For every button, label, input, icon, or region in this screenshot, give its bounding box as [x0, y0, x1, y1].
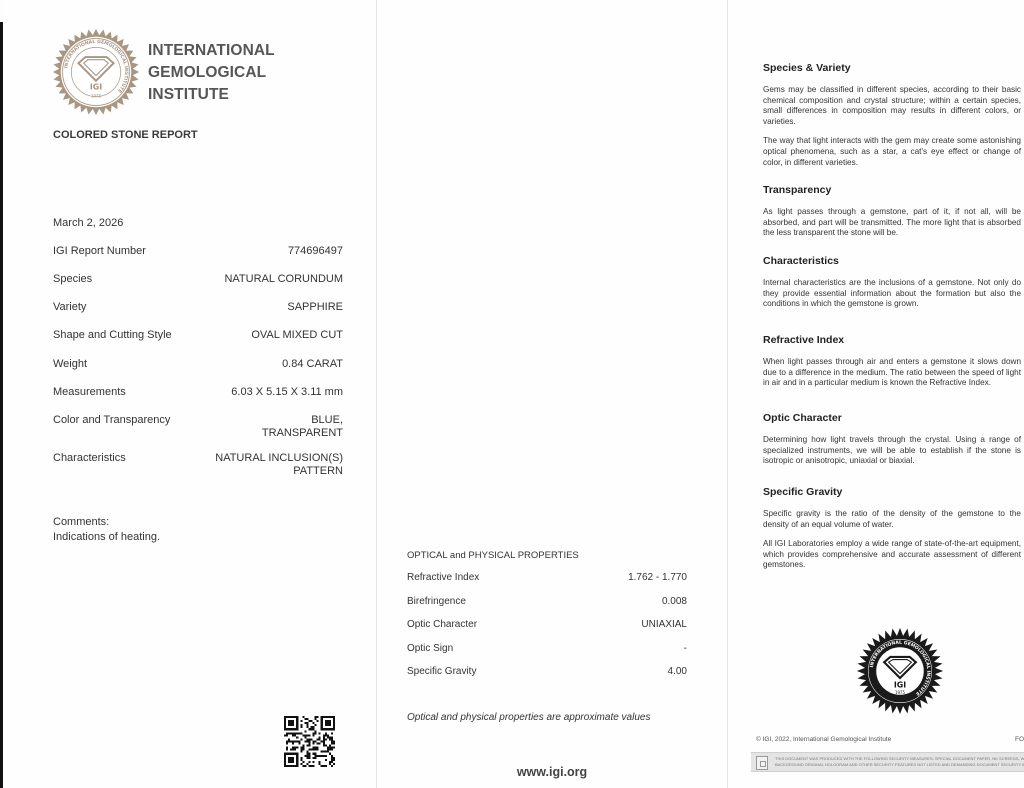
section-title: Specific Gravity — [763, 486, 1021, 498]
section-paragraph: Gems may be classified in different spec… — [763, 85, 1021, 127]
security-text-line: BACKGROUND ORIGINAL HOLOGRAM AND OTHER S… — [775, 762, 1024, 768]
security-text: THIS DOCUMENT WAS PRODUCED WITH THE FOLL… — [775, 756, 1024, 768]
property-label: Refractive Index — [407, 572, 479, 583]
comments-text: Indications of heating. — [53, 530, 160, 545]
field-value: 774696497 — [288, 245, 343, 258]
report-front-panel: IGI 1975 INTERNATIONAL GEMOLOGICAL INSTI… — [3, 0, 375, 788]
property-value: 4.00 — [668, 666, 687, 677]
svg-text:IGI: IGI — [894, 681, 906, 690]
property-value: 0.008 — [662, 596, 687, 607]
properties-note: Optical and physical properties are appr… — [407, 712, 650, 723]
section-paragraph: When light passes through air and enters… — [763, 357, 1021, 389]
org-name-line: GEMOLOGICAL — [148, 62, 275, 84]
property-label: Specific Gravity — [407, 666, 476, 677]
section-paragraph: Determining how light travels through th… — [763, 435, 1021, 467]
website-link[interactable]: www.igi.org — [377, 765, 727, 779]
copyright-right-text: FO — [1015, 736, 1024, 743]
igi-seal-black-icon: INTERNATIONAL GEMOLOGICAL INSTITUTE IGI … — [856, 627, 944, 715]
security-document-icon — [756, 756, 768, 770]
org-name-line: INTERNATIONAL — [148, 40, 275, 62]
property-label: Optic Character — [407, 619, 477, 630]
field-value: NATURAL INCLUSION(S) PATTERN — [215, 452, 343, 478]
section-paragraph: Internal characteristics are the inclusi… — [763, 278, 1021, 310]
svg-text:1975: 1975 — [895, 690, 906, 695]
section-paragraph: Specific gravity is the ratio of the den… — [763, 509, 1021, 530]
info-section: Species & VarietyGems may be classified … — [763, 62, 1021, 177]
info-section: Optic CharacterDetermining how light tra… — [763, 412, 1021, 476]
field-value: SAPPHIRE — [287, 301, 343, 314]
svg-text:1975: 1975 — [91, 94, 102, 99]
field-value: 6.03 X 5.15 X 3.11 mm — [231, 386, 343, 399]
property-value: - — [684, 643, 687, 654]
field-label: Characteristics — [53, 452, 126, 464]
field-label: IGI Report Number — [53, 245, 146, 257]
svg-text:IGI: IGI — [90, 83, 102, 92]
qr-code-icon[interactable] — [284, 716, 335, 767]
comments-block: Comments: Indications of heating. — [53, 515, 160, 545]
organization-name: INTERNATIONAL GEMOLOGICAL INSTITUTE — [148, 40, 275, 106]
org-name-line: INSTITUTE — [148, 84, 275, 106]
field-label: Color and Transparency — [53, 414, 170, 426]
info-section: Specific GravitySpecific gravity is the … — [763, 486, 1021, 580]
field-value: NATURAL CORUNDUM — [224, 273, 343, 286]
field-label: Shape and Cutting Style — [53, 329, 172, 341]
section-title: Characteristics — [763, 255, 1021, 267]
section-title: Optic Character — [763, 412, 1021, 424]
report-type-title: COLORED STONE REPORT — [53, 129, 198, 141]
property-value: 1.762 - 1.770 — [628, 572, 687, 583]
section-paragraph: The way that light interacts with the ge… — [763, 136, 1021, 168]
section-title: Refractive Index — [763, 334, 1021, 346]
report-date: March 2, 2026 — [53, 217, 123, 229]
info-section: CharacteristicsInternal characteristics … — [763, 255, 1021, 319]
report-info-panel: Species & VarietyGems may be classified … — [727, 0, 1024, 788]
igi-seal-icon: IGI 1975 INTERNATIONAL GEMOLOGICAL INSTI… — [52, 28, 140, 116]
properties-title: OPTICAL and PHYSICAL PROPERTIES — [407, 550, 579, 561]
security-features-strip: THIS DOCUMENT WAS PRODUCED WITH THE FOLL… — [751, 752, 1024, 772]
info-section: TransparencyAs light passes through a ge… — [763, 184, 1021, 248]
field-value: OVAL MIXED CUT — [251, 329, 343, 342]
copyright-text: © IGI, 2022, International Gemological I… — [756, 736, 891, 743]
property-label: Birefringence — [407, 596, 466, 607]
section-title: Transparency — [763, 184, 1021, 196]
comments-label: Comments: — [53, 515, 160, 530]
property-label: Optic Sign — [407, 643, 453, 654]
property-value: UNIAXIAL — [641, 619, 687, 630]
info-section: Refractive IndexWhen light passes throug… — [763, 334, 1021, 398]
field-label: Weight — [53, 358, 87, 370]
field-label: Measurements — [53, 386, 126, 398]
field-value: 0.84 CARAT — [282, 358, 343, 371]
section-title: Species & Variety — [763, 62, 1021, 74]
section-paragraph: As light passes through a gemstone, part… — [763, 207, 1021, 239]
report-middle-panel: OPTICAL and PHYSICAL PROPERTIES Refracti… — [376, 0, 726, 788]
field-label: Variety — [53, 301, 86, 313]
field-label: Species — [53, 273, 92, 285]
section-paragraph: All IGI Laboratories employ a wide range… — [763, 539, 1021, 571]
field-value: BLUE, TRANSPARENT — [262, 414, 343, 440]
